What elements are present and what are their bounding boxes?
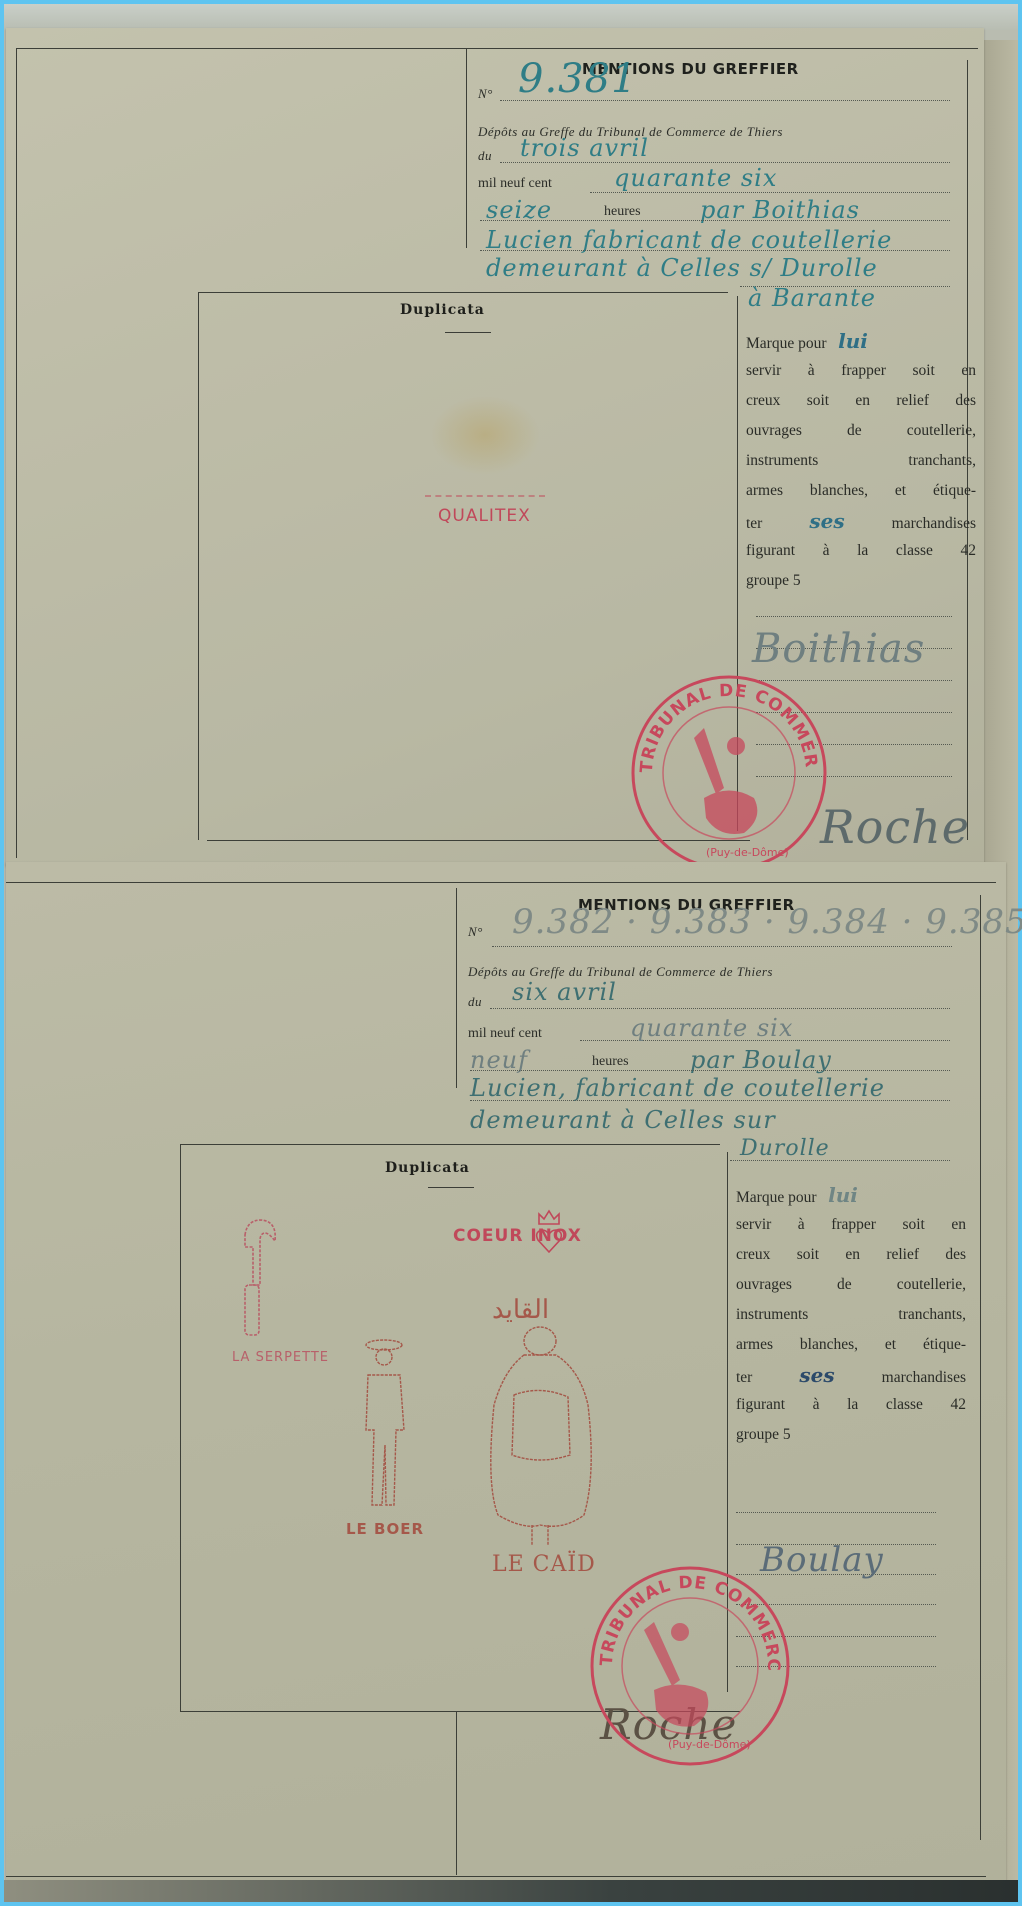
slip2-marque-text: Marque pour lui servir à frapper soit en… bbox=[736, 1180, 966, 1450]
slip2-number-label: N° bbox=[468, 924, 483, 940]
slip2-right-border bbox=[980, 895, 981, 1840]
svg-text:(Puy-de-Dôme): (Puy-de-Dôme) bbox=[706, 846, 789, 859]
marque-line: groupe 5 bbox=[746, 566, 976, 596]
underlying-page-edge bbox=[4, 4, 1018, 30]
marque-line: Marque pour bbox=[746, 335, 827, 352]
slip2-bottom-border bbox=[6, 1876, 986, 1877]
slip2-du-line bbox=[490, 1008, 950, 1009]
slip1-du-line bbox=[500, 162, 950, 163]
slip1-signature-depositor: Boithias bbox=[752, 626, 925, 672]
mark-qualitex: QUALITEX bbox=[438, 506, 531, 526]
marque-line: instruments tranchants, bbox=[746, 446, 976, 476]
slip2-header-divider bbox=[456, 888, 457, 1088]
slip1-depositor-line3: demeurant à Celles s/ Durolle bbox=[486, 254, 878, 282]
slip2-duplicata-label: Duplicata bbox=[385, 1160, 470, 1176]
slip1-line-b bbox=[480, 250, 950, 251]
mark-la-serpette: LA SERPETTE bbox=[232, 1350, 329, 1365]
slip1-year-label: mil neuf cent bbox=[478, 176, 552, 192]
slip1-duplicata-label: Duplicata bbox=[400, 302, 485, 318]
slip1-stain bbox=[430, 395, 540, 475]
marque-line: groupe 5 bbox=[736, 1420, 966, 1450]
marque-line: marchandises bbox=[892, 515, 976, 532]
slip1-top-border bbox=[16, 48, 978, 49]
slip1-header-divider bbox=[466, 48, 467, 248]
slip1-marque-text: Marque pour lui servir à frapper soit en… bbox=[746, 326, 976, 596]
slip2-sig-line bbox=[736, 1512, 936, 1513]
marque-line: ouvrages de coutellerie, bbox=[746, 416, 976, 446]
svg-text:TRIBUNAL DE COMMERCE DE THIERS: TRIBUNAL DE COMMERCE DE THIERS bbox=[624, 668, 821, 773]
slip2-line-a bbox=[470, 1070, 950, 1071]
marque-fill-ter: ses bbox=[809, 509, 844, 533]
slip2-duplicata-dash bbox=[428, 1187, 474, 1188]
marque-line: creux soit en relief des bbox=[736, 1240, 966, 1270]
crown-heart-icon bbox=[534, 1208, 564, 1254]
slip2-lower-divider bbox=[456, 1712, 457, 1875]
slip2-hours-label: heures bbox=[592, 1054, 629, 1070]
marque-fill-pour: lui bbox=[828, 1183, 858, 1207]
slip1-duplicata-left bbox=[198, 292, 199, 840]
slip1-stamp-border bbox=[425, 495, 545, 498]
boer-figure-icon bbox=[358, 1335, 414, 1515]
marque-line: figurant à la classe 42 bbox=[736, 1390, 966, 1420]
slip2-line-b bbox=[470, 1100, 950, 1101]
caid-figure-icon bbox=[484, 1325, 596, 1550]
marque-line: ouvrages de coutellerie, bbox=[736, 1270, 966, 1300]
slip1-du-label: du bbox=[478, 148, 492, 164]
slip1-number-value: 9.381 bbox=[518, 56, 638, 102]
slip1-duplicata-dash bbox=[445, 332, 491, 333]
marque-line: marchandises bbox=[882, 1369, 966, 1386]
mark-le-caid-arabic: القايد bbox=[492, 1295, 549, 1325]
slip2-year-value: quarante six bbox=[630, 1014, 793, 1042]
marque-line: ter bbox=[746, 515, 762, 532]
slip1-number-label: N° bbox=[478, 86, 493, 102]
marque-line: armes blanches, et étique- bbox=[746, 476, 976, 506]
marque-line: servir à frapper soit en bbox=[736, 1210, 966, 1240]
slip1-du-value: trois avril bbox=[520, 134, 649, 162]
marque-line: figurant à la classe 42 bbox=[746, 536, 976, 566]
svg-text:TRIBUNAL DE COMMERCE DE THIERS: TRIBUNAL DE COMMERCE DE THIERS bbox=[584, 1560, 783, 1672]
slip2-duplicata-left bbox=[180, 1144, 181, 1712]
slip2-du-value: six avril bbox=[512, 978, 617, 1006]
slip1-duplicata-top bbox=[198, 292, 728, 293]
slip1-hours-label: heures bbox=[604, 204, 641, 220]
court-seal-icon: TRIBUNAL DE COMMERCE DE THIERS (Puy-de-D… bbox=[584, 1560, 796, 1772]
marque-fill-ter: ses bbox=[799, 1363, 834, 1387]
serpette-knife-icon bbox=[225, 1215, 305, 1345]
slip2-duplicata-top bbox=[180, 1144, 720, 1145]
slip2-number-value: 9.382 · 9.383 · 9.384 · 9.385 bbox=[512, 902, 1022, 942]
marque-line: instruments tranchants, bbox=[736, 1300, 966, 1330]
svg-text:(Puy-de-Dôme): (Puy-de-Dôme) bbox=[668, 1738, 751, 1751]
marque-fill-pour: lui bbox=[838, 329, 868, 353]
marque-line: Marque pour bbox=[736, 1189, 817, 1206]
marque-line: armes blanches, et étique- bbox=[736, 1330, 966, 1360]
slip1-year-value: quarante six bbox=[614, 164, 777, 192]
slip1-line-a bbox=[480, 220, 950, 221]
slip2-depositor-line4: Durolle bbox=[740, 1136, 830, 1161]
slip2-du-label: du bbox=[468, 994, 482, 1010]
marque-line: ter bbox=[736, 1369, 752, 1386]
slip2-depositor-line2: Lucien, fabricant de coutellerie bbox=[470, 1074, 885, 1102]
mark-le-caid: LE CAÏD bbox=[492, 1552, 596, 1577]
mark-le-boer: LE BOER bbox=[346, 1520, 424, 1538]
binding-shadow bbox=[4, 1880, 1018, 1902]
slip1-signature-greffier: Roche bbox=[820, 800, 970, 854]
slip2-top-border bbox=[6, 882, 996, 883]
marque-line: creux soit en relief des bbox=[746, 386, 976, 416]
slip1-depositor-line4: à Barante bbox=[748, 284, 876, 312]
court-seal-icon: TRIBUNAL DE COMMERCE DE THIERS (Puy-de-D… bbox=[624, 668, 834, 878]
slip1-left-border bbox=[16, 48, 17, 858]
slip2-number-line bbox=[492, 946, 952, 947]
slip2-depositor-line3: demeurant à Celles sur bbox=[470, 1106, 776, 1134]
slip1-sig-line bbox=[756, 616, 952, 617]
marque-line: servir à frapper soit en bbox=[746, 356, 976, 386]
slip1-year-line bbox=[590, 192, 950, 193]
slip2-year-label: mil neuf cent bbox=[468, 1026, 542, 1042]
